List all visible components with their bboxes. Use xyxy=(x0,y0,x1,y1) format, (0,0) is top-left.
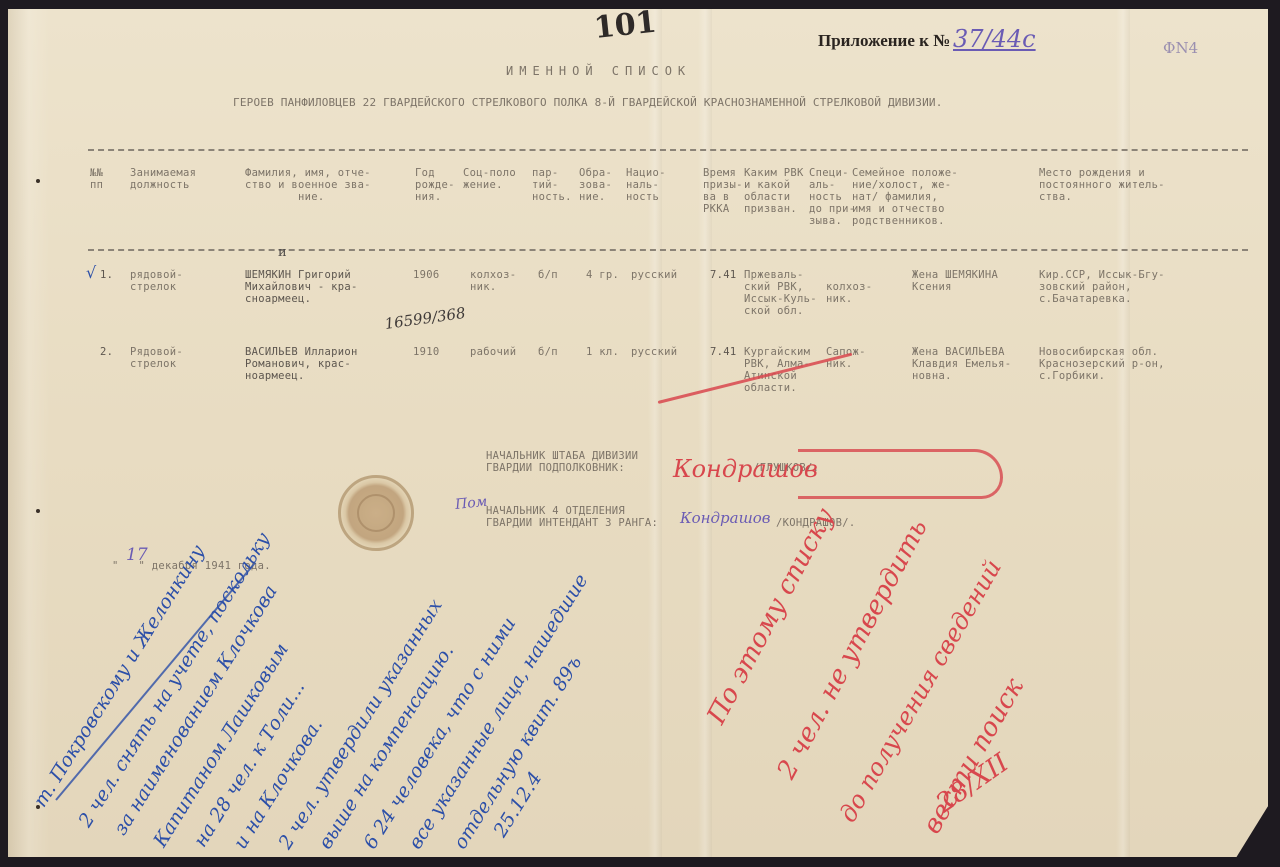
cell-num: 2. xyxy=(100,346,113,358)
fold-line xyxy=(1116,9,1130,857)
col-header-rvk: Каким РВК и какой области призван. xyxy=(744,167,804,215)
cell-education: 1 кл. xyxy=(586,346,619,358)
col-header-specialty: Специ- аль- ность до при- зыва. xyxy=(809,167,855,227)
fold-line xyxy=(648,9,662,857)
col-header-num: №№ пп xyxy=(90,167,103,191)
fold-line xyxy=(698,9,712,857)
cell-rvk: Кургайским РВК, Алма- Атинской области. xyxy=(744,346,810,394)
cell-position: рядовой- стрелок xyxy=(130,269,183,293)
cell-party: б/п xyxy=(538,269,558,281)
col-header-nationality: Нацио- наль- ность xyxy=(626,167,666,203)
sheet-number: 101 xyxy=(592,5,658,46)
cell-nationality: русский xyxy=(631,269,677,281)
cell-num: 1. xyxy=(100,269,113,281)
col-header-social: Соц-поло жение. xyxy=(463,167,516,191)
cell-specialty: колхоз- ник. xyxy=(826,281,872,305)
department-title: НАЧАЛЬНИК 4 ОТДЕЛЕНИЯ ГВАРДИИ ИНТЕНДАНТ … xyxy=(486,505,658,529)
cell-social: колхоз- ник. xyxy=(470,269,516,293)
corner-code: ФN4 xyxy=(1163,39,1198,57)
col-header-birthplace: Место рождения и постоянного житель- ств… xyxy=(1039,167,1165,203)
cell-social: рабочий xyxy=(470,346,516,358)
red-swash xyxy=(798,449,1003,499)
col-header-party: пар- тий- ность. xyxy=(532,167,572,203)
name-correction: и xyxy=(278,245,287,260)
cell-position: Рядовой- стрелок xyxy=(130,346,183,370)
col-header-family: Семейное положе- ние/холост, же- нат/ фа… xyxy=(852,167,958,227)
col-header-education: Обра- зова- ние. xyxy=(579,167,612,203)
chief-of-staff-title: НАЧАЛЬНИК ШТАБА ДИВИЗИИ ГВАРДИИ ПОДПОЛКО… xyxy=(486,450,638,474)
appendix-number: 37/44с xyxy=(953,25,1036,53)
archive-annotation: 16599/368 xyxy=(383,304,466,333)
document-title: ИМЕННОЙ СПИСОК xyxy=(506,65,691,77)
cell-enlisted: 7.41 xyxy=(710,269,737,281)
table-top-rule xyxy=(88,149,1248,151)
cell-nationality: русский xyxy=(631,346,677,358)
assistant-prefix: Пом xyxy=(454,494,488,513)
punch-hole xyxy=(36,179,40,183)
cell-party: б/п xyxy=(538,346,558,358)
document-scan: 101 Приложение к № 37/44с ФN4 ИМЕННОЙ СП… xyxy=(0,0,1280,867)
paper-sheet: 101 Приложение к № 37/44с ФN4 ИМЕННОЙ СП… xyxy=(8,9,1268,857)
punch-hole xyxy=(36,509,40,513)
cell-education: 4 гр. xyxy=(586,269,619,281)
red-line-4: вести поиск xyxy=(917,673,1030,839)
seal-emblem xyxy=(357,494,395,532)
official-seal xyxy=(338,475,414,551)
document-subtitle: героев панфиловцев 22 гвардейского стрел… xyxy=(233,97,943,109)
cell-enlisted: 7.41 xyxy=(710,346,737,358)
cell-rvk: Пржеваль- ский РВК, Иссык-Куль- ской обл… xyxy=(744,269,817,317)
col-header-year: Год рожде- ния. xyxy=(415,167,455,203)
department-signature: Кондрашов xyxy=(680,509,771,527)
cell-family: Жена ВАСИЛЬЕВА Клавдия Емелья- новна. xyxy=(912,346,1011,382)
col-header-position: Занимаемая должность xyxy=(130,167,196,191)
cell-year: 1910 xyxy=(413,346,440,358)
col-header-enlisted: Время призы- ва в РККА xyxy=(703,167,743,215)
red-signature: Кондрашов xyxy=(673,455,818,483)
check-mark: √ xyxy=(86,263,96,282)
cell-birthplace: Новосибирская обл. Краснозерский р-он, с… xyxy=(1039,346,1165,382)
cell-family: Жена ШЕМЯКИНА Ксения xyxy=(912,269,998,293)
paper-left-edge xyxy=(8,9,50,857)
appendix-label: Приложение к № xyxy=(818,31,950,51)
cell-birthplace: Кир.ССР, Иссык-Бгу- зовский район, с.Бач… xyxy=(1039,269,1165,305)
table-header-rule xyxy=(88,249,1248,251)
cell-name: ВАСИЛЬЕВ Илларион Романович, крас- ноарм… xyxy=(245,346,358,382)
date-day: 17 xyxy=(126,545,148,565)
col-header-name: Фамилия, имя, отче- ство и военное зва- … xyxy=(245,167,371,203)
cell-name: ШЕМЯКИН Григорий Михайлович - кра- сноар… xyxy=(245,269,358,305)
cell-year: 1906 xyxy=(413,269,440,281)
